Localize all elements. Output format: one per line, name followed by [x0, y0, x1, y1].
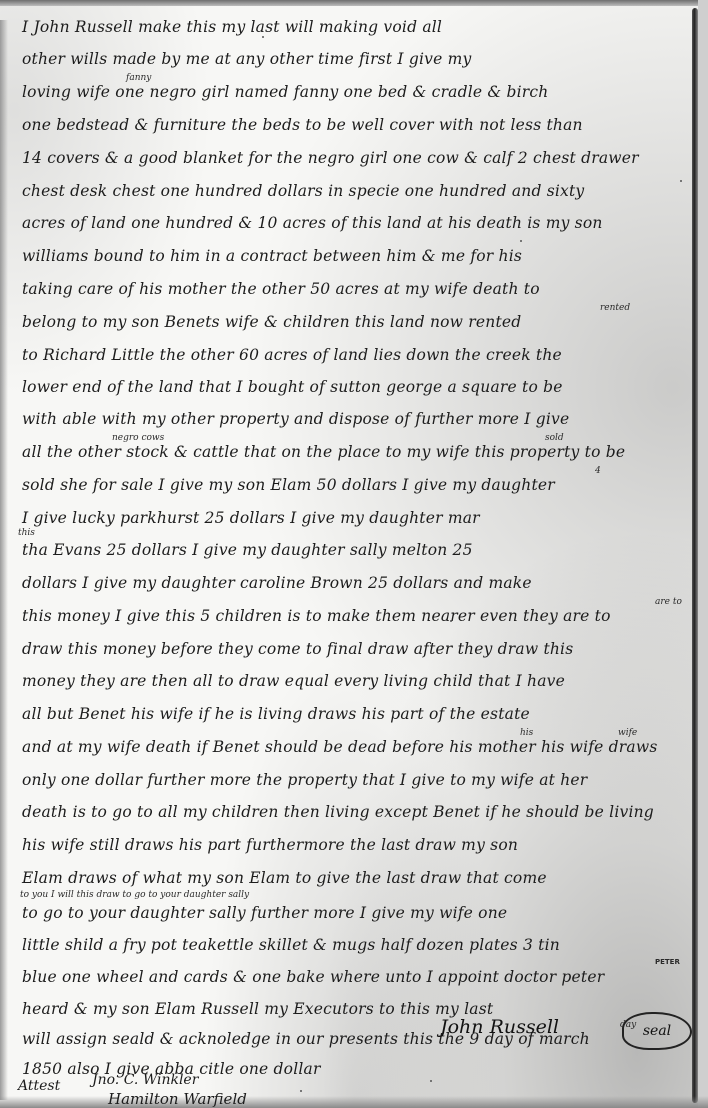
- interlinear-note: to you I will this draw to go to your da…: [20, 890, 249, 900]
- will-line-26: his wife still draws his part furthermor…: [22, 836, 687, 854]
- interlinear-note: fanny: [126, 73, 151, 83]
- will-line-9: taking care of his mother the other 50 a…: [22, 280, 687, 298]
- scan-top-edge: [0, 0, 708, 6]
- interlinear-note: his: [520, 728, 533, 738]
- will-line-6: chest desk chest one hundred dollars in …: [22, 182, 687, 200]
- will-line-24: only one dollar further more the propert…: [22, 771, 687, 789]
- will-line-20: draw this money before they come to fina…: [22, 640, 687, 658]
- scan-speck: [520, 240, 522, 242]
- seal-mark: seal: [622, 1012, 692, 1050]
- will-line-15: sold she for sale I give my son Elam 50 …: [22, 476, 687, 494]
- will-line-11: to Richard Little the other 60 acres of …: [22, 346, 687, 364]
- scan-speck: [300, 1090, 302, 1092]
- will-line-5: 14 covers & a good blanket for the negro…: [22, 149, 687, 167]
- interlinear-note: negro cows: [112, 433, 164, 443]
- will-line-21: money they are then all to draw equal ev…: [22, 672, 687, 690]
- will-line-7: acres of land one hundred & 10 acres of …: [22, 214, 687, 232]
- testator-signature: John Russell: [440, 1016, 559, 1038]
- will-line-14: all the other stock & cattle that on the…: [22, 443, 687, 461]
- will-line-18: dollars I give my daughter caroline Brow…: [22, 574, 687, 592]
- will-line-2: other wills made by me at any other time…: [22, 50, 687, 68]
- will-line-1: I John Russell make this my last will ma…: [22, 18, 687, 36]
- will-line-4: one bedstead & furniture the beds to be …: [22, 116, 687, 134]
- interlinear-note: 4: [595, 466, 601, 476]
- will-line-19: this money I give this 5 children is to …: [22, 607, 687, 625]
- interlinear-note: sold: [545, 433, 564, 443]
- scan-speck: [262, 36, 264, 38]
- scan-speck: [430, 1080, 432, 1082]
- will-line-13: with able with my other property and dis…: [22, 410, 687, 428]
- scan-bottom-edge: [0, 1096, 708, 1108]
- scan-left-edge: [0, 20, 8, 1100]
- will-line-30: blue one wheel and cards & one bake wher…: [22, 968, 687, 986]
- interlinear-note: PETER: [655, 958, 680, 966]
- attest-label: Attest: [18, 1078, 60, 1094]
- will-line-17: tha Evans 25 dollars I give my daughter …: [22, 541, 687, 559]
- will-line-22: all but Benet his wife if he is living d…: [22, 705, 687, 723]
- witness-signature-2: Hamilton Warfield: [108, 1090, 247, 1108]
- will-line-31: heard & my son Elam Russell my Executors…: [22, 1000, 687, 1018]
- will-line-29: little shild a fry pot teakettle skillet…: [22, 936, 687, 954]
- interlinear-note: this: [18, 528, 35, 538]
- interlinear-note: wife: [618, 728, 637, 738]
- will-line-16: I give lucky parkhurst 25 dollars I give…: [22, 509, 687, 527]
- will-line-27: Elam draws of what my son Elam to give t…: [22, 869, 687, 887]
- document-page: I John Russell make this my last will ma…: [0, 0, 708, 1108]
- witness-signature-1: Jno. C. Winkler: [92, 1072, 198, 1088]
- scan-speck: [450, 620, 452, 622]
- will-line-28: to go to your daughter sally further mor…: [22, 904, 687, 922]
- will-line-8: williams bound to him in a contract betw…: [22, 247, 687, 265]
- will-line-3: loving wife one negro girl named fanny o…: [22, 83, 687, 101]
- scan-right-margin: [698, 0, 708, 1108]
- scan-speck: [680, 180, 682, 182]
- will-line-12: lower end of the land that I bought of s…: [22, 378, 687, 396]
- will-line-25: death is to go to all my children then l…: [22, 803, 687, 821]
- will-line-10: belong to my son Benets wife & children …: [22, 313, 687, 331]
- will-line-32: will assign seald & acknoledge in our pr…: [22, 1030, 687, 1048]
- will-line-23: and at my wife death if Benet should be …: [22, 738, 687, 756]
- interlinear-note: rented: [600, 303, 630, 313]
- interlinear-note: are to: [655, 597, 682, 607]
